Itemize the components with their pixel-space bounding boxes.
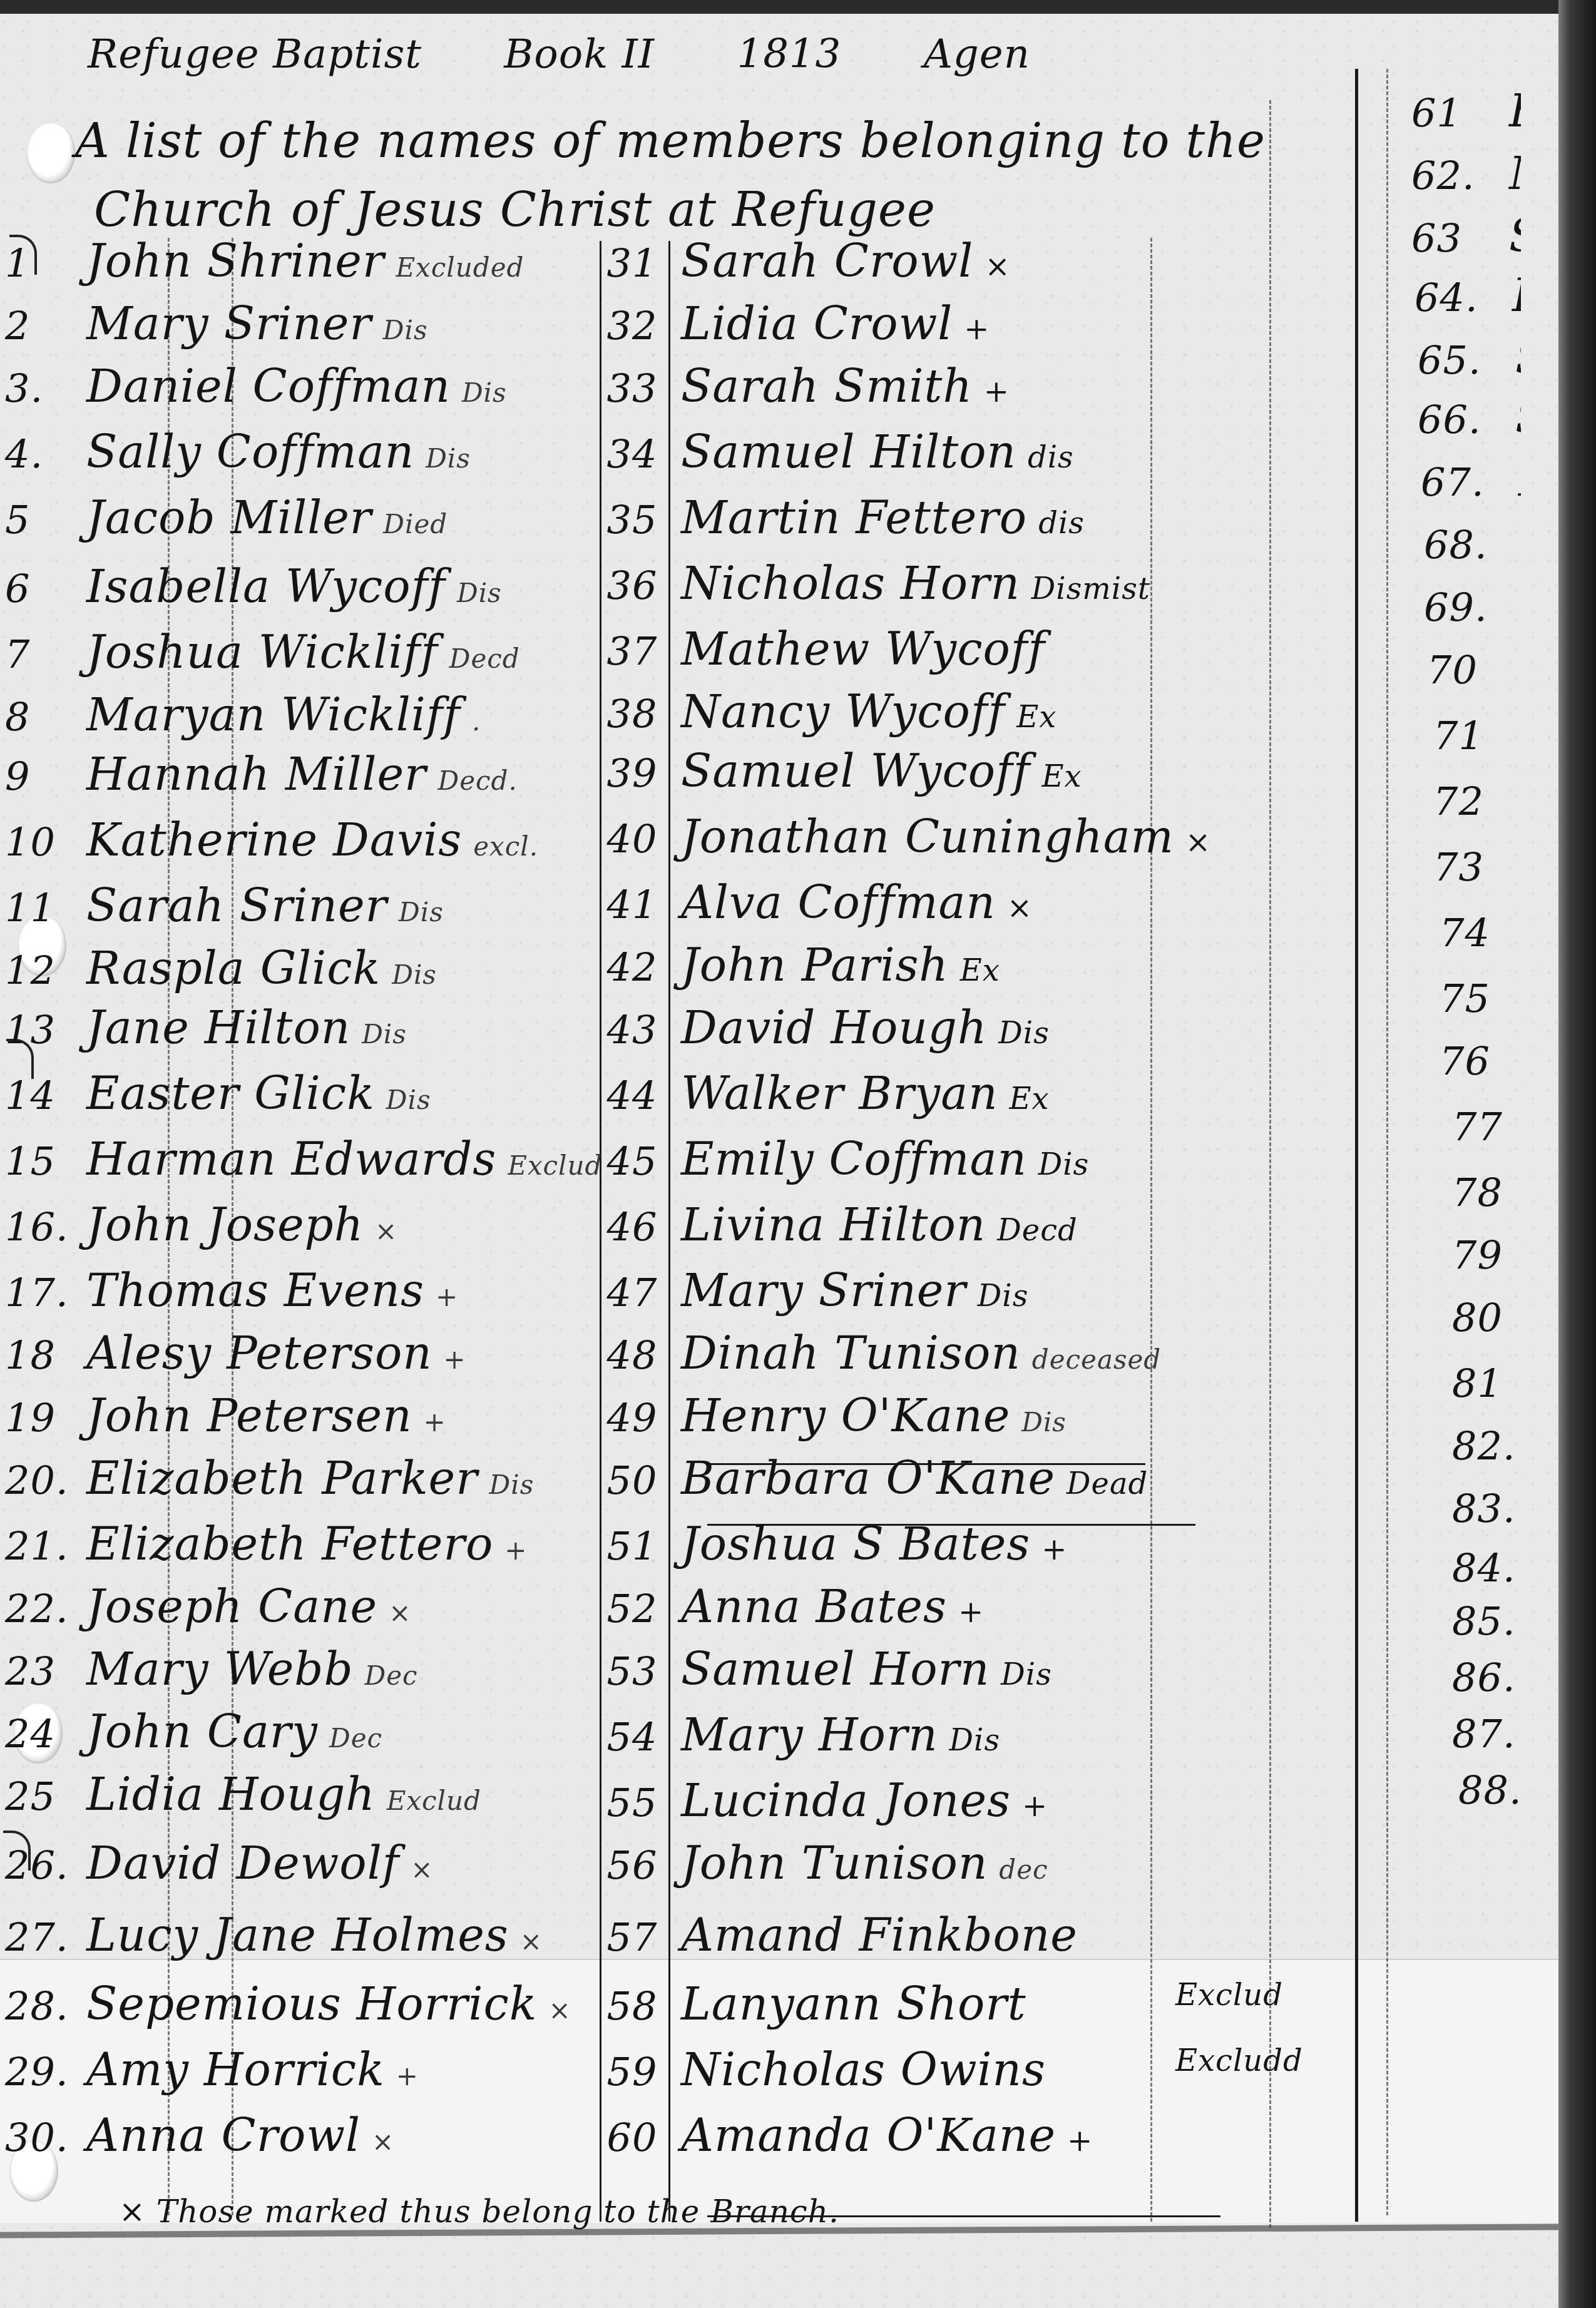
member-number: 70: [1427, 647, 1521, 693]
member-number: 74: [1440, 910, 1533, 956]
page-right-edge: [1558, 0, 1596, 2308]
member-number: 73: [1433, 844, 1527, 890]
member-column-3: 61Ha 62.Ma 63Su 64.Em 65.Sa 66.S 67.M 68…: [0, 0, 1558, 2308]
member-number: 75: [1440, 976, 1533, 1021]
member-number: 64.: [1414, 275, 1508, 320]
member-number: 66.: [1418, 397, 1512, 442]
member-number: 69.: [1424, 585, 1518, 630]
member-number: 72: [1433, 779, 1527, 824]
member-number: 68.: [1424, 522, 1518, 568]
member-number: 76: [1440, 1038, 1533, 1084]
member-number: 61: [1411, 90, 1505, 136]
footnote: × Those marked thus belong to the Branch…: [119, 2193, 839, 2230]
member-number: 65.: [1418, 337, 1512, 383]
member-number: 71: [1433, 713, 1527, 758]
member-number: 63: [1411, 215, 1505, 261]
member-number: 67.: [1421, 459, 1515, 505]
member-number: 62.: [1411, 153, 1505, 198]
